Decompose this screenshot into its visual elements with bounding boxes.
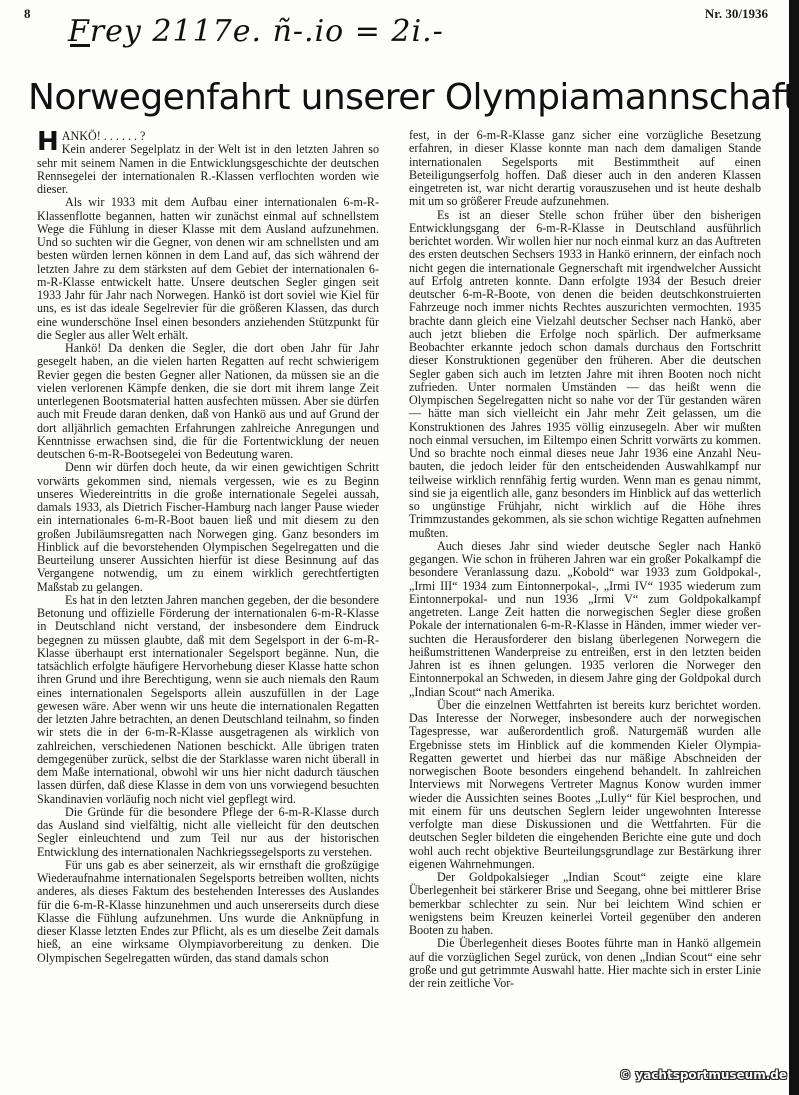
paragraph: fest, in der 6-m-R-Klasse ganz sicher ei… — [409, 129, 761, 209]
paragraph: Die Überlegenheit dieses Bootes führte m… — [409, 937, 761, 990]
paragraph: Es hat in den letzten Jahren manchen geg… — [37, 594, 379, 806]
paragraph: Denn wir dürfen doch heute, da wir einen… — [37, 461, 379, 594]
opening-line: ANKÖ! . . . . . . ? — [37, 130, 379, 143]
paragraph: Über die einzelnen Wettfahrten ist berei… — [409, 699, 761, 871]
page-number: 8 — [24, 6, 31, 22]
paragraph: Die Gründe für die besondere Pflege der … — [37, 806, 379, 859]
paragraph: Auch dieses Jahr sind wieder deutsche Se… — [409, 540, 761, 699]
magazine-page: 8 Nr. 30/1936 Frey 2117e. ñ-.io = 2i.- N… — [0, 0, 790, 1095]
drop-cap: H — [37, 131, 59, 153]
right-column: fest, in der 6-m-R-Klasse ganz sicher ei… — [409, 129, 761, 990]
left-column: H ANKÖ! . . . . . . ? Kein anderer Segel… — [37, 130, 379, 965]
article-title: Norwegenfahrt unserer Olympiamannschaft — [28, 77, 768, 118]
paragraph: Als wir 1933 mit dem Aufbau einer intern… — [37, 196, 379, 342]
handwritten-note: Frey 2117e. ñ-.io = 2i.- — [68, 14, 444, 49]
copyright-watermark: © yachtsportmuseum.de — [619, 1068, 787, 1082]
paragraph: Hankö! Da denken die Segler, die dort ob… — [37, 342, 379, 461]
scan-edge-border — [789, 0, 799, 1095]
paragraph: Es ist an dieser Stelle schon früher übe… — [409, 209, 761, 540]
opening-paragraph: H ANKÖ! . . . . . . ? Kein anderer Segel… — [37, 130, 379, 196]
paragraph: Für uns gab es aber seinerzeit, als wir … — [37, 859, 379, 965]
paragraph: Der Goldpokalsieger „Indian Scout“ zeigt… — [409, 871, 761, 937]
issue-number: Nr. 30/1936 — [705, 6, 768, 22]
paragraph-text: Kein anderer Segelplatz in der Welt ist … — [37, 142, 379, 196]
